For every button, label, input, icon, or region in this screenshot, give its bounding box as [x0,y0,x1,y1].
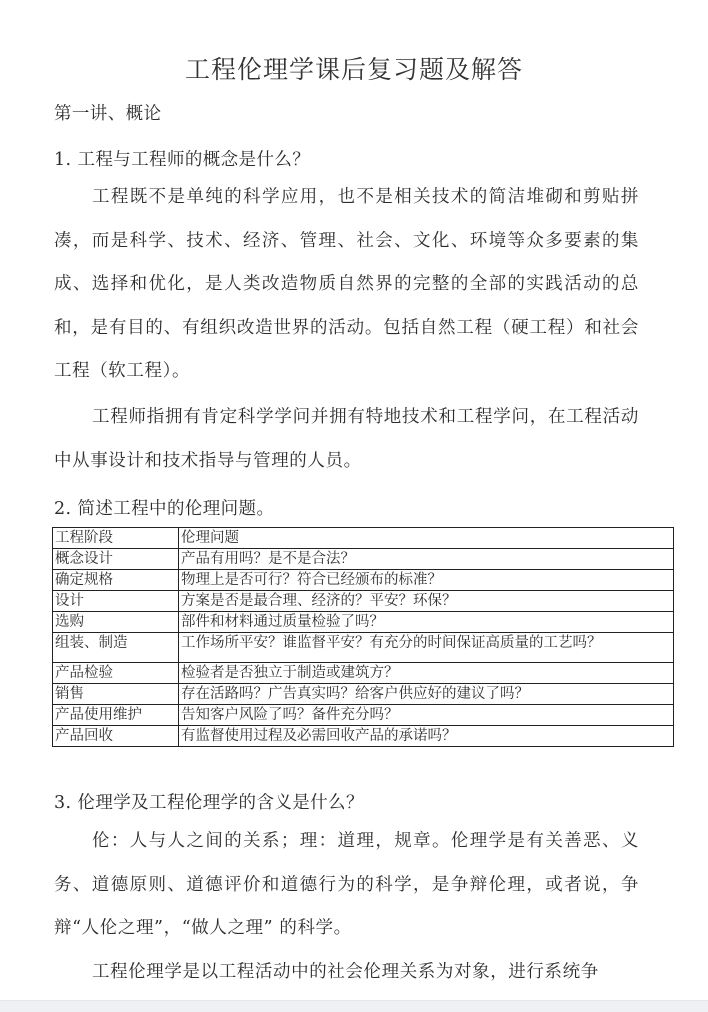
table-row: 产品使用维护 告知客户风险了吗？备件充分吗？ [53,705,674,726]
table-cell-stage: 产品使用维护 [53,705,179,726]
table-cell-issue: 产品有用吗？是不是合法？ [179,549,674,570]
table-row: 产品回收 有监督使用过程及必需回收产品的承诺吗？ [53,726,674,747]
table-cell-issue: 方案是否是最合理、经济的？平安？环保？ [179,591,674,612]
document-page: 工程伦理学课后复习题及解答 第一讲、概论 1. 工程与工程师的概念是什么？ 工程… [0,0,708,1000]
table-cell-stage: 确定规格 [53,570,179,591]
table-cell-stage: 概念设计 [53,549,179,570]
table-cell-issue: 工作场所平安？谁监督平安？有充分的时间保证高质量的工艺吗？ [179,633,674,663]
chapter-heading: 第一讲、概论 [54,100,161,125]
viewer-bottom-bar [0,1000,708,1012]
table-cell-stage: 组装、制造 [53,633,179,663]
table-header-stage: 工程阶段 [53,528,179,549]
ethics-issues-table: 工程阶段 伦理问题 概念设计 产品有用吗？是不是合法？ 确定规格 物理上是否可行… [52,527,674,747]
table-cell-issue: 物理上是否可行？符合已经颁布的标准？ [179,570,674,591]
table-header-row: 工程阶段 伦理问题 [53,528,674,549]
question-3-answer-ethics: 伦：人与人之间的关系；理：道理，规章。伦理学是有关善恶、义务、道德原则、道德评价… [54,820,639,951]
table-row: 概念设计 产品有用吗？是不是合法？ [53,549,674,570]
table-cell-stage: 设计 [53,591,179,612]
table-cell-issue: 存在活路吗？广告真实吗？给客户供应好的建议了吗？ [179,684,674,705]
question-1-heading: 1. 工程与工程师的概念是什么？ [54,146,310,171]
table-cell-issue: 检验者是否独立于制造或建筑方？ [179,663,674,684]
question-1-answer-engineer: 工程师指拥有肯定科学学问并拥有特地技术和工程学问，在工程活动中从事设计和技术指导… [54,396,639,483]
table-row: 确定规格 物理上是否可行？符合已经颁布的标准？ [53,570,674,591]
table-row: 产品检验 检验者是否独立于制造或建筑方？ [53,663,674,684]
question-2-heading: 2. 简述工程中的伦理问题。 [54,495,274,520]
table-cell-issue: 部件和材料通过质量检验了吗？ [179,612,674,633]
table-cell-stage: 销售 [53,684,179,705]
table-cell-issue: 有监督使用过程及必需回收产品的承诺吗？ [179,726,674,747]
document-title: 工程伦理学课后复习题及解答 [0,50,708,86]
table-header-issue: 伦理问题 [179,528,674,549]
table-cell-stage: 产品回收 [53,726,179,747]
table-cell-issue: 告知客户风险了吗？备件充分吗？ [179,705,674,726]
table-cell-stage: 产品检验 [53,663,179,684]
question-3-heading: 3. 伦理学及工程伦理学的含义是什么？ [54,789,364,814]
table-cell-stage: 选购 [53,612,179,633]
table-row: 选购 部件和材料通过质量检验了吗？ [53,612,674,633]
table-row: 设计 方案是否是最合理、经济的？平安？环保？ [53,591,674,612]
table-row: 销售 存在活路吗？广告真实吗？给客户供应好的建议了吗？ [53,684,674,705]
table-row: 组装、制造 工作场所平安？谁监督平安？有充分的时间保证高质量的工艺吗？ [53,633,674,663]
question-1-answer-engineering: 工程既不是单纯的科学应用，也不是相关技术的简洁堆砌和剪贴拼凑，而是科学、技术、经… [54,176,639,394]
question-3-answer-engineering-ethics: 工程伦理学是以工程活动中的社会伦理关系为对象，进行系统争 [54,951,639,995]
